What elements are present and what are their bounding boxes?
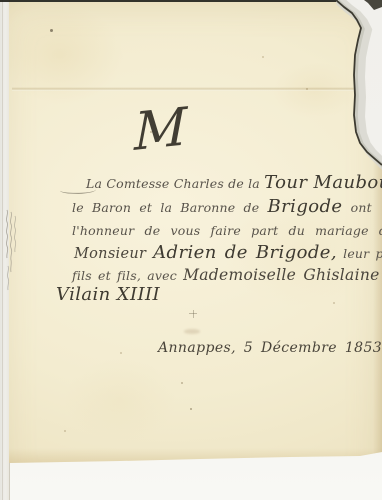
right-edge-shadow xyxy=(373,160,382,460)
foxing-speck xyxy=(50,29,53,32)
foxing-speck xyxy=(333,302,335,304)
torn-corner xyxy=(260,0,382,180)
foxing-speck xyxy=(120,352,122,354)
foxing-speck xyxy=(150,131,152,133)
torn-flap-dark xyxy=(364,0,382,10)
foxing-speck xyxy=(181,382,183,384)
pencil-marginalia xyxy=(2,206,18,298)
bottom-edge-shadow xyxy=(0,448,382,464)
scanned-wedding-invitation: M La Comtesse Charles de la Tour Maubour… xyxy=(0,0,382,500)
foxing-speck xyxy=(64,430,66,432)
foxing-speck xyxy=(190,408,192,410)
